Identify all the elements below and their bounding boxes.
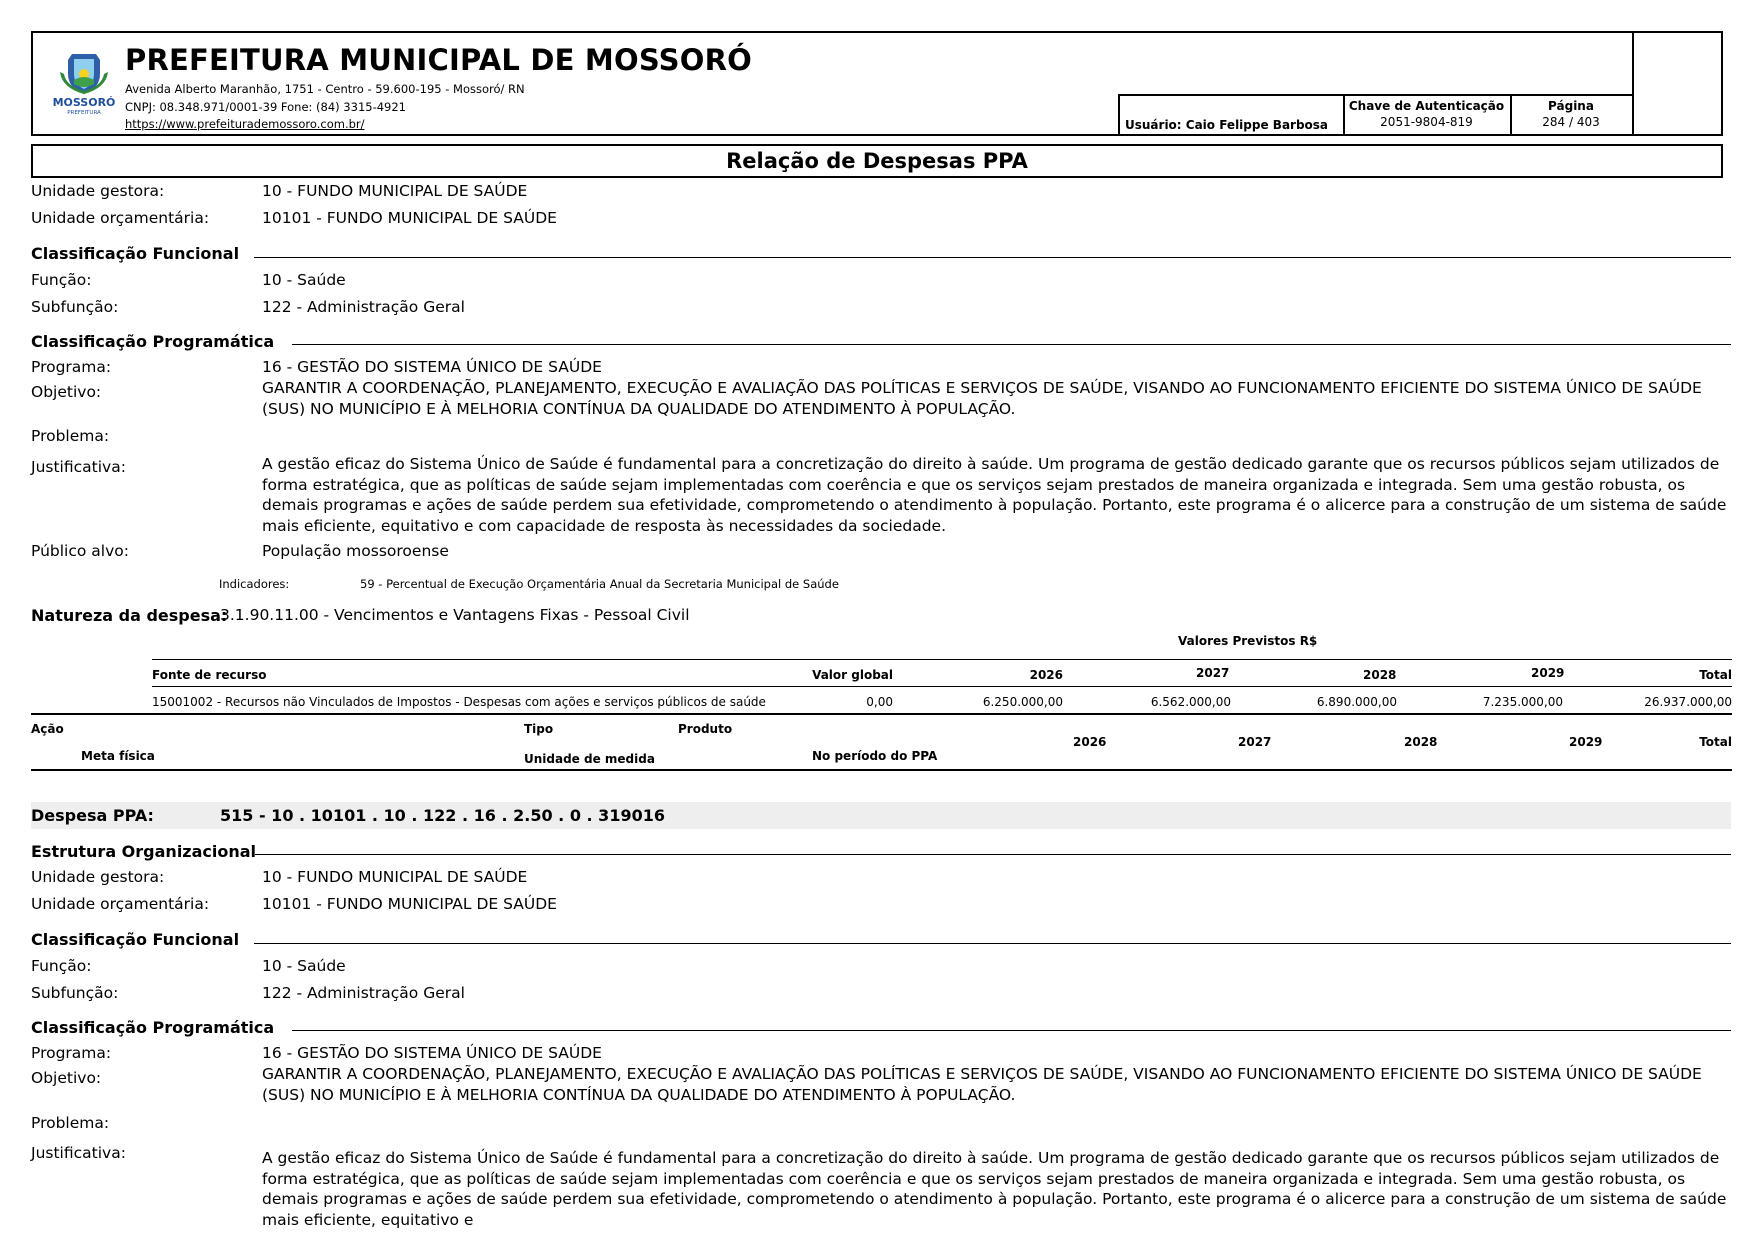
col-meta-fisica: Meta física xyxy=(81,749,155,763)
value-2029-cell: 7.235.000,00 xyxy=(1460,695,1563,709)
col-2029: 2029 xyxy=(1531,666,1564,680)
unidade-orcamentaria-value: 10101 - FUNDO MUNICIPAL DE SAÚDE xyxy=(262,895,557,913)
section-classificacao-funcional: Classificação Funcional xyxy=(31,244,239,263)
value-2026-cell: 6.250.000,00 xyxy=(960,695,1063,709)
value-2028-cell: 6.890.000,00 xyxy=(1294,695,1397,709)
auth-key-box: Chave de Autenticação 2051-9804-819 xyxy=(1343,94,1512,136)
justificativa-label: Justificativa: xyxy=(31,1144,126,1162)
org-website-link[interactable]: https://www.prefeiturademossoro.com.br/ xyxy=(125,117,365,131)
unidade-orcamentaria-label: Unidade orçamentária: xyxy=(31,895,209,913)
table-rule xyxy=(31,713,1732,715)
col-meta-2028: 2028 xyxy=(1404,735,1437,749)
funcao-label: Função: xyxy=(31,271,91,289)
col-acao: Ação xyxy=(31,722,64,736)
col-meta-2026: 2026 xyxy=(1073,735,1106,749)
publico-alvo-value: População mossoroense xyxy=(262,542,449,560)
problema-label: Problema: xyxy=(31,1114,109,1132)
objetivo-value: GARANTIR A COORDENAÇÃO, PLANEJAMENTO, EX… xyxy=(262,1064,1732,1105)
programa-label: Programa: xyxy=(31,358,111,376)
report-title: Relação de Despesas PPA xyxy=(31,144,1723,178)
section-classificacao-funcional: Classificação Funcional xyxy=(31,930,239,949)
natureza-despesa-label: Natureza da despesa: xyxy=(31,606,227,625)
section-rule xyxy=(292,1030,1731,1031)
page-number: 284 / 403 xyxy=(1510,115,1632,129)
section-rule xyxy=(292,344,1731,345)
col-tipo: Tipo xyxy=(524,722,553,736)
org-name: PREFEITURA MUNICIPAL DE MOSSORÓ xyxy=(125,43,752,77)
valores-previstos-caption: Valores Previstos R$ xyxy=(1178,634,1317,648)
col-meta-total: Total xyxy=(1630,735,1732,749)
section-rule xyxy=(255,854,1731,855)
col-no-periodo-ppa: No período do PPA xyxy=(812,749,937,763)
justificativa-label: Justificativa: xyxy=(31,458,126,476)
col-fonte-recurso: Fonte de recurso xyxy=(152,668,266,682)
unidade-gestora-label: Unidade gestora: xyxy=(31,868,164,886)
funcao-label: Função: xyxy=(31,957,91,975)
programa-value: 16 - GESTÃO DO SISTEMA ÚNICO DE SAÚDE xyxy=(262,358,602,376)
col-2028: 2028 xyxy=(1363,668,1396,682)
auth-key-value: 2051-9804-819 xyxy=(1343,115,1510,129)
despesa-ppa-code: 515 - 10 . 10101 . 10 . 122 . 16 . 2.50 … xyxy=(220,806,665,825)
subfuncao-label: Subfunção: xyxy=(31,984,118,1002)
section-rule xyxy=(254,257,1731,258)
table-rule xyxy=(152,659,1732,660)
col-2027: 2027 xyxy=(1196,666,1229,680)
mossoro-coat-of-arms-icon: MOSSORÓ PREFEITURA xyxy=(52,50,116,116)
problema-label: Problema: xyxy=(31,427,109,445)
user-box: Usuário: Caio Felippe Barbosa xyxy=(1118,94,1345,136)
auth-key-label: Chave de Autenticação xyxy=(1343,99,1510,113)
col-valor-global: Valor global xyxy=(780,668,893,682)
section-estrutura-organizacional: Estrutura Organizacional xyxy=(31,842,256,861)
col-total: Total xyxy=(1630,668,1732,682)
valor-global-cell: 0,00 xyxy=(780,695,893,709)
objetivo-label: Objetivo: xyxy=(31,383,101,401)
publico-alvo-label: Público alvo: xyxy=(31,542,129,560)
subfuncao-value: 122 - Administração Geral xyxy=(262,984,465,1002)
org-cnpj-phone: CNPJ: 08.348.971/0001-39 Fone: (84) 3315… xyxy=(125,100,406,114)
page-label: Página xyxy=(1510,99,1632,113)
programa-label: Programa: xyxy=(31,1044,111,1062)
subfuncao-value: 122 - Administração Geral xyxy=(262,298,465,316)
col-meta-2027: 2027 xyxy=(1238,735,1271,749)
unidade-orcamentaria-value: 10101 - FUNDO MUNICIPAL DE SAÚDE xyxy=(262,209,557,227)
despesa-ppa-label: Despesa PPA: xyxy=(31,806,154,825)
total-cell: 26.937.000,00 xyxy=(1600,695,1732,709)
justificativa-value: A gestão eficaz do Sistema Único de Saúd… xyxy=(262,454,1732,536)
funcao-value: 10 - Saúde xyxy=(262,957,346,975)
section-classificacao-programatica: Classificação Programática xyxy=(31,1018,274,1037)
programa-value: 16 - GESTÃO DO SISTEMA ÚNICO DE SAÚDE xyxy=(262,1044,602,1062)
subfuncao-label: Subfunção: xyxy=(31,298,118,316)
objetivo-label: Objetivo: xyxy=(31,1069,101,1087)
indicadores-label: Indicadores: xyxy=(219,577,289,591)
svg-text:PREFEITURA: PREFEITURA xyxy=(67,110,101,116)
col-produto: Produto xyxy=(678,722,732,736)
table-rule xyxy=(31,769,1732,771)
objetivo-value: GARANTIR A COORDENAÇÃO, PLANEJAMENTO, EX… xyxy=(262,378,1732,419)
table-rule xyxy=(152,686,1732,687)
justificativa-value: A gestão eficaz do Sistema Único de Saúd… xyxy=(262,1148,1732,1230)
user-label: Usuário: Caio Felippe Barbosa xyxy=(1125,118,1328,132)
svg-text:MOSSORÓ: MOSSORÓ xyxy=(53,96,116,109)
section-classificacao-programatica: Classificação Programática xyxy=(31,332,274,351)
section-rule xyxy=(254,943,1731,944)
unidade-orcamentaria-label: Unidade orçamentária: xyxy=(31,209,209,227)
funcao-value: 10 - Saúde xyxy=(262,271,346,289)
col-unidade-medida: Unidade de medida xyxy=(524,752,655,766)
org-address: Avenida Alberto Maranhão, 1751 - Centro … xyxy=(125,82,525,96)
indicadores-value: 59 - Percentual de Execução Orçamentária… xyxy=(360,577,839,591)
page-box: Página 284 / 403 xyxy=(1510,94,1634,136)
unidade-gestora-label: Unidade gestora: xyxy=(31,182,164,200)
unidade-gestora-value: 10 - FUNDO MUNICIPAL DE SAÚDE xyxy=(262,868,527,886)
col-meta-2029: 2029 xyxy=(1569,735,1602,749)
value-2027-cell: 6.562.000,00 xyxy=(1128,695,1231,709)
col-2026: 2026 xyxy=(960,668,1063,682)
unidade-gestora-value: 10 - FUNDO MUNICIPAL DE SAÚDE xyxy=(262,182,527,200)
natureza-despesa-value: 3.1.90.11.00 - Vencimentos e Vantagens F… xyxy=(220,606,690,624)
fonte-recurso-cell: 15001002 - Recursos não Vinculados de Im… xyxy=(152,695,766,709)
